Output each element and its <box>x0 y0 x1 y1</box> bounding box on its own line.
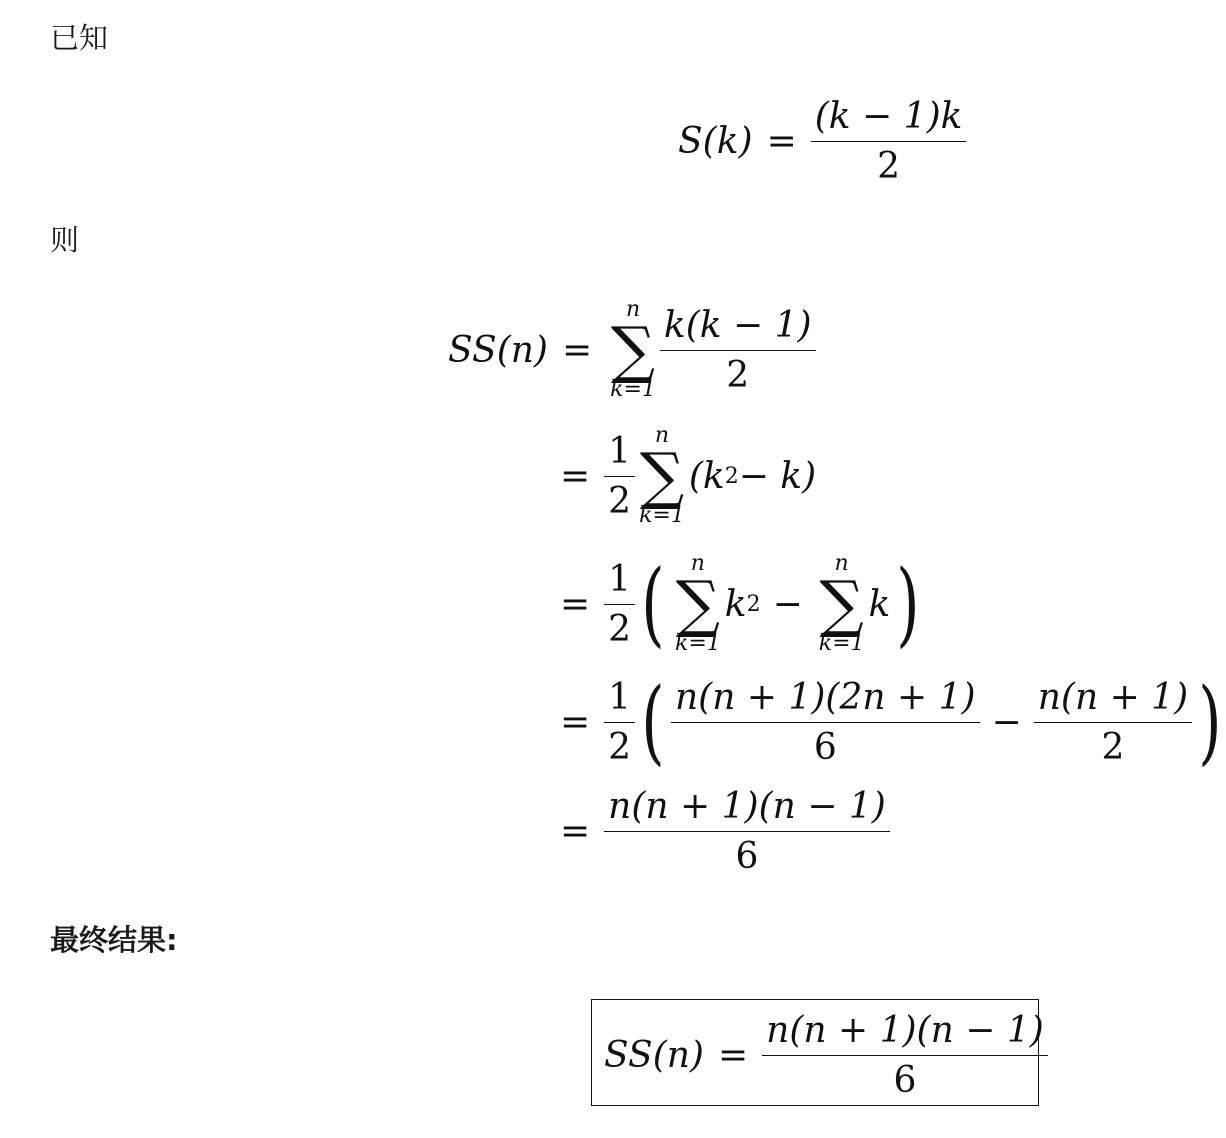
left-paren: ( <box>641 558 664 650</box>
final-fraction: n(n + 1)(n − 1) 6 <box>762 1010 1048 1101</box>
label-then: 则 <box>50 226 79 255</box>
result-fraction: n(n + 1)(n − 1) 6 <box>604 786 890 877</box>
equals-sign: = <box>560 811 590 852</box>
half-coefficient: 1 2 <box>604 559 635 650</box>
half-coefficient: 1 2 <box>604 677 635 768</box>
given-numerator: (k − 1)k <box>811 96 967 142</box>
summation-symbol: n ∑ k=1 <box>819 552 865 656</box>
given-denominator: 2 <box>877 142 900 187</box>
label-final-result: 最终结果: <box>50 926 178 955</box>
fraction-sum-squares: n(n + 1)(2n + 1) 6 <box>671 677 980 768</box>
summation-symbol: n ∑ k=1 <box>675 552 721 656</box>
given-formula: S(k) = (k − 1)k 2 <box>678 96 966 187</box>
given-fraction: (k − 1)k 2 <box>811 96 967 187</box>
derivation-line-2: = 1 2 n ∑ k=1 (k2 − k) <box>560 424 816 528</box>
final-lhs: SS(n) <box>604 1035 704 1076</box>
left-paren: ( <box>641 676 664 768</box>
derivation-line-5: = n(n + 1)(n − 1) 6 <box>560 786 890 877</box>
right-paren: ) <box>1198 676 1221 768</box>
equals-sign: = <box>560 702 590 743</box>
equals-sign: = <box>560 456 590 497</box>
given-lhs: S(k) <box>678 121 753 162</box>
equals-sign: = <box>767 121 797 162</box>
equals-sign: = <box>718 1035 748 1076</box>
lhs-ssn: SS(n) <box>448 330 548 371</box>
half-coefficient: 1 2 <box>604 431 635 522</box>
equals-sign: = <box>560 584 590 625</box>
equals-sign: = <box>562 330 592 371</box>
final-formula: SS(n) = n(n + 1)(n − 1) 6 <box>604 1010 1048 1101</box>
label-given: 已知 <box>50 24 108 53</box>
derivation-line-3: = 1 2 ( n ∑ k=1 k2 − n ∑ k=1 k ) <box>560 552 926 656</box>
derivation-line-4: = 1 2 ( n(n + 1)(2n + 1) 6 − n(n + 1) 2 … <box>560 676 1226 768</box>
fraction-sum-linear: n(n + 1) 2 <box>1034 677 1192 768</box>
summation-symbol: n ∑ k=1 <box>639 424 685 528</box>
derivation-line-1: SS(n) = n ∑ k=1 k(k − 1) 2 <box>448 298 816 402</box>
summation-symbol: n ∑ k=1 <box>610 298 656 402</box>
fraction: k(k − 1) 2 <box>660 305 816 396</box>
right-paren: ) <box>897 558 920 650</box>
